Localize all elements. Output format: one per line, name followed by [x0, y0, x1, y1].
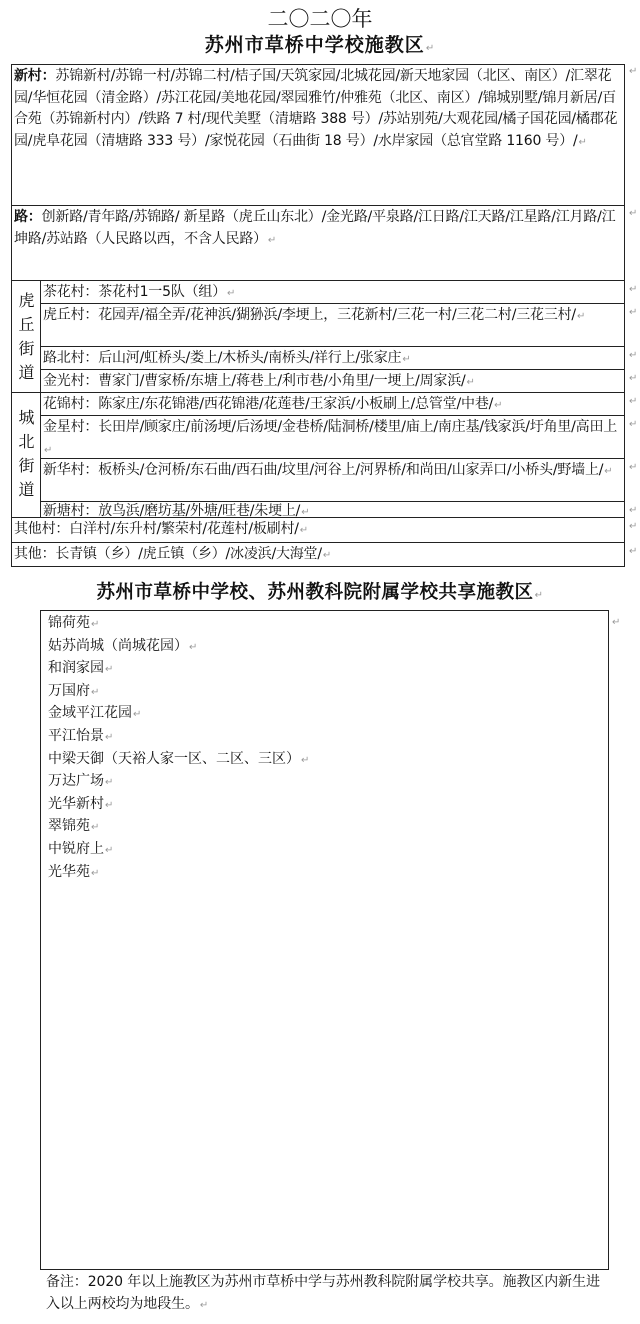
village-label: 路北村：	[43, 350, 98, 366]
group-char: 街	[12, 337, 41, 361]
shared-zone-box: 锦荷苑↵ 姑苏尚城（尚城花园）↵ 和润家园↵ 万国府↵ 金域平江花园↵ 平江怡景…	[40, 610, 609, 1270]
village-content: 长田岸/顾家庄/前汤埂/后汤埂/金巷桥/陆洞桥/楼里/庙上/南庄基/钱家浜/圩角…	[98, 419, 617, 435]
village-content: 放鸟浜/磨坊基/外塘/旺巷/朱埂上/	[98, 503, 300, 519]
village-label: 金星村：	[43, 419, 98, 435]
list-item: 万达广场↵	[48, 771, 608, 794]
paragraph-mark-icon: ↵	[91, 687, 99, 698]
village-jinxing: 金星村：长田岸/顾家庄/前汤埂/后汤埂/金巷桥/陆洞桥/楼里/庙上/南庄基/钱家…	[41, 416, 625, 458]
end-of-row-mark-icon: ↵	[629, 546, 637, 557]
end-of-row-mark-icon: ↵	[629, 208, 637, 219]
end-of-row-mark-icon: ↵	[629, 373, 637, 384]
list-item: 平江怡景↵	[48, 726, 608, 749]
list-item: 姑苏尚城（尚城花园）↵	[48, 636, 608, 659]
paragraph-mark-icon: ↵	[133, 709, 141, 720]
group-label-huqiu: 虎 丘 街 道	[12, 289, 41, 385]
end-of-row-mark-icon: ↵	[629, 505, 637, 516]
paragraph-mark-icon: ↵	[227, 288, 235, 299]
paragraph-mark-icon: ↵	[200, 1300, 208, 1311]
paragraph-mark-icon: ↵	[402, 354, 410, 365]
paragraph-mark-icon: ↵	[105, 800, 113, 811]
group-char: 道	[12, 478, 41, 502]
end-of-row-mark-icon: ↵	[629, 419, 637, 430]
paragraph-mark-icon: ↵	[91, 619, 99, 630]
paragraph-mark-icon: ↵	[467, 377, 475, 388]
group-char: 道	[12, 361, 41, 385]
row-other-villages: 其他村：白洋村/东升村/繁荣村/花莲村/板刷村/↵	[12, 518, 625, 542]
village-xinhua: 新华村：板桥头/仓河桥/东石曲/西石曲/坟里/河谷上/河界桥/和尚田/山家弄口/…	[41, 459, 625, 501]
list-item: 万国府↵	[48, 681, 608, 704]
row-content: 苏锦新村/苏锦一村/苏锦二村/桔子国/天筑家园/北城花园/新天地家园（北区、南区…	[14, 68, 617, 149]
group-char: 城	[12, 406, 41, 430]
list-item: 中梁天御（天裕人家一区、二区、三区）↵	[48, 749, 608, 772]
row-label: 路：	[14, 209, 42, 225]
main-title: 苏州市草桥中学校施教区↵	[0, 32, 640, 62]
village-content: 花园弄/福全弄/花神浜/猢狲浜/李埂上，三花新村/三花一村/三花二村/三花三村/	[98, 307, 576, 323]
village-chahua: 茶花村：茶花村1一5队（组）↵	[41, 281, 625, 303]
village-lubei: 路北村：后山河/虹桥头/娄上/木桥头/南桥头/祥行上/张家庄↵	[41, 347, 625, 369]
row-label: 新村：	[14, 68, 55, 84]
paragraph-mark-icon: ↵	[105, 664, 113, 675]
village-label: 新华村：	[43, 462, 98, 478]
row-label: 其他：	[14, 546, 55, 562]
row-label: 其他村：	[14, 521, 69, 537]
list-item: 金域平江花园↵	[48, 703, 608, 726]
group-char: 丘	[12, 313, 41, 337]
end-of-row-mark-icon: ↵	[629, 521, 637, 532]
end-of-row-mark-icon: ↵	[629, 396, 637, 407]
paragraph-mark-icon: ↵	[426, 43, 435, 54]
village-huqiu: 虎丘村：花园弄/福全弄/花神浜/猢狲浜/李埂上，三花新村/三花一村/三花二村/三…	[41, 304, 625, 346]
village-label: 金光村：	[43, 373, 98, 389]
paragraph-mark-icon: ↵	[494, 400, 502, 411]
footnote: 备注：2020 年以上施教区为苏州市草桥中学与苏州教科院附属学校共享。施教区内新…	[46, 1272, 606, 1316]
shared-zone-title: 苏州市草桥中学校、苏州教科院附属学校共享施教区↵	[0, 580, 640, 609]
catchment-table: 新村：苏锦新村/苏锦一村/苏锦二村/桔子国/天筑家园/北城花园/新天地家园（北区…	[11, 64, 625, 567]
paragraph-mark-icon: ↵	[105, 732, 113, 743]
paragraph-mark-icon: ↵	[604, 466, 612, 477]
end-of-row-mark-icon: ↵	[629, 307, 637, 318]
year-title: 二〇二〇年	[0, 6, 640, 32]
list-item: 中锐府上↵	[48, 839, 608, 862]
village-huajin: 花锦村：陈家庄/东花锦港/西花锦港/花莲巷/王家浜/小板刷上/总管堂/中巷/↵	[41, 393, 625, 415]
village-content: 板桥头/仓河桥/东石曲/西石曲/坟里/河谷上/河界桥/和尚田/山家弄口/小桥头/…	[98, 462, 603, 478]
village-label: 花锦村：	[43, 396, 98, 412]
village-content: 后山河/虹桥头/娄上/木桥头/南桥头/祥行上/张家庄	[98, 350, 401, 366]
end-of-row-mark-icon: ↵	[629, 350, 637, 361]
paragraph-mark-icon: ↵	[189, 642, 197, 653]
group-char: 街	[12, 454, 41, 478]
paragraph-mark-icon: ↵	[268, 235, 276, 246]
paragraph-mark-icon: ↵	[577, 311, 585, 322]
row-roads: 路：创新路/青年路/苏锦路/ 新星路（虎丘山东北）/金光路/平泉路/江日路/江天…	[12, 206, 625, 280]
paragraph-mark-icon: ↵	[105, 845, 113, 856]
paragraph-mark-icon: ↵	[91, 868, 99, 879]
row-residential: 新村：苏锦新村/苏锦一村/苏锦二村/桔子国/天筑家园/北城花园/新天地家园（北区…	[12, 65, 625, 205]
list-item: 光华苑↵	[48, 862, 608, 885]
village-label: 虎丘村：	[43, 307, 98, 323]
paragraph-mark-icon: ↵	[44, 445, 52, 456]
end-of-row-mark-icon: ↵	[629, 66, 637, 77]
paragraph-mark-icon: ↵	[105, 777, 113, 788]
list-item: 锦荷苑↵	[48, 613, 608, 636]
list-item: 翠锦苑↵	[48, 816, 608, 839]
village-jinguang: 金光村：曹家门/曹家桥/东塘上/蒋巷上/利市巷/小角里/一埂上/周家浜/↵	[41, 370, 625, 392]
village-label: 新塘村：	[43, 503, 98, 519]
paragraph-mark-icon: ↵	[301, 755, 309, 766]
village-content: 茶花村1一5队（组）	[98, 284, 226, 300]
list-item: 和润家园↵	[48, 658, 608, 681]
paragraph-mark-icon: ↵	[91, 822, 99, 833]
end-of-row-mark-icon: ↵	[629, 462, 637, 473]
village-label: 茶花村：	[43, 284, 98, 300]
village-content: 陈家庄/东花锦港/西花锦港/花莲巷/王家浜/小板刷上/总管堂/中巷/	[98, 396, 493, 412]
group-label-chengbei: 城 北 街 道	[12, 406, 41, 502]
shared-zone-list: 锦荷苑↵ 姑苏尚城（尚城花园）↵ 和润家园↵ 万国府↵ 金域平江花园↵ 平江怡景…	[41, 611, 608, 884]
group-char: 北	[12, 430, 41, 454]
paragraph-mark-icon: ↵	[300, 525, 308, 536]
row-content: 创新路/青年路/苏锦路/ 新星路（虎丘山东北）/金光路/平泉路/江日路/江天路/…	[14, 209, 615, 247]
paragraph-mark-icon: ↵	[301, 507, 309, 518]
row-content: 长青镇（乡）/虎丘镇（乡）/冰凌浜/大海堂/	[55, 546, 321, 562]
village-xintang: 新塘村：放鸟浜/磨坊基/外塘/旺巷/朱埂上/↵	[41, 502, 625, 518]
village-content: 曹家门/曹家桥/东塘上/蒋巷上/利市巷/小角里/一埂上/周家浜/	[98, 373, 465, 389]
group-char: 虎	[12, 289, 41, 313]
paragraph-mark-icon: ↵	[535, 590, 544, 601]
end-of-row-mark-icon: ↵	[629, 284, 637, 295]
paragraph-mark-icon: ↵	[579, 137, 587, 148]
list-item: 光华新村↵	[48, 794, 608, 817]
paragraph-mark-icon: ↵	[323, 550, 331, 561]
row-other: 其他：长青镇（乡）/虎丘镇（乡）/冰凌浜/大海堂/↵	[12, 543, 625, 567]
end-of-row-mark-icon: ↵	[612, 617, 620, 628]
row-content: 白洋村/东升村/繁荣村/花莲村/板刷村/	[69, 521, 299, 537]
